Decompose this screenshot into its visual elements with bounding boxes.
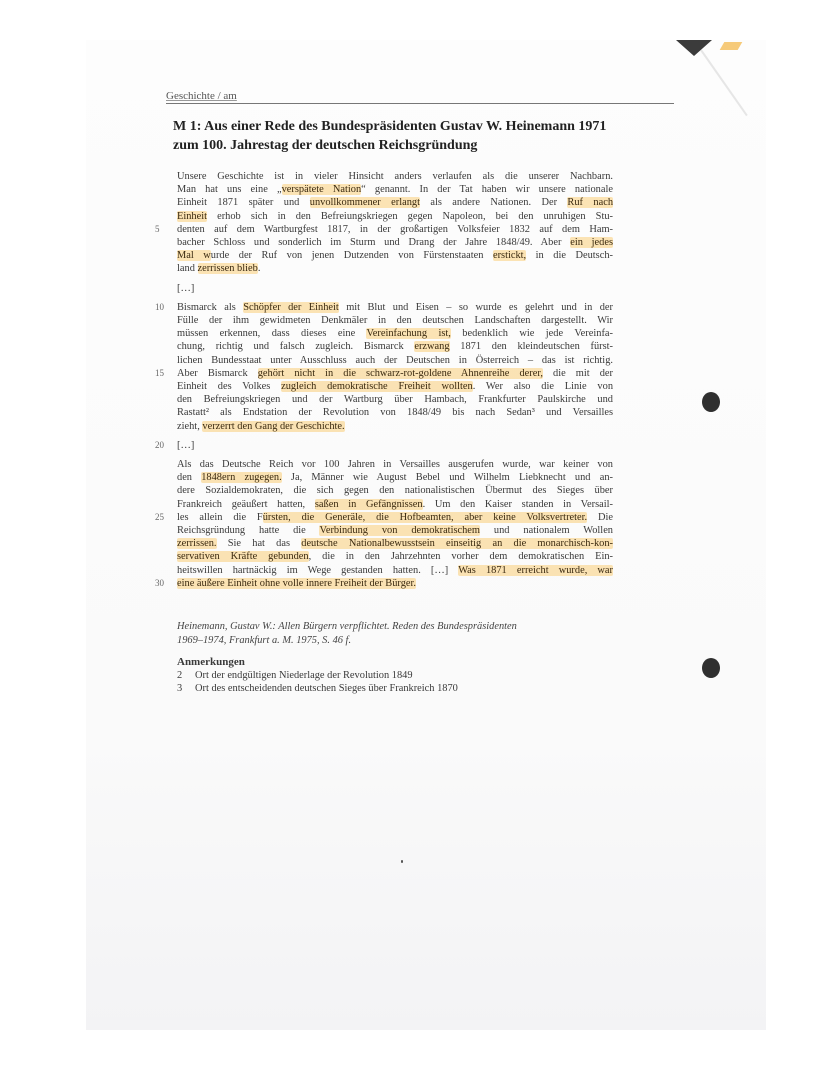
highlighted-phrase: Verbindung von demokratischem xyxy=(319,525,480,536)
text-segment: […] xyxy=(177,440,194,451)
text-line: land zerrissen blieb. xyxy=(177,262,613,275)
text-segment: den xyxy=(177,472,201,483)
document-title: M 1: Aus einer Rede des Bundespräsidente… xyxy=(173,117,683,155)
highlighted-phrase: erzwang xyxy=(414,341,449,352)
text-segment: dere Sozialdemokraten, die sich gegen de… xyxy=(177,485,613,496)
text-line: Unsere Geschichte ist in vieler Hinsicht… xyxy=(177,170,613,183)
text-segment: , die in den Jahrzehnten vorher dem demo… xyxy=(309,551,613,562)
highlighted-phrase: Schöpfer der Einheit xyxy=(243,302,339,313)
annotation-number: 2 xyxy=(177,669,195,682)
source-citation: Heinemann, Gustav W.: Allen Bürgern verp… xyxy=(177,620,617,647)
text-line: 10Bismarck als Schöpfer der Einheit mit … xyxy=(177,301,613,314)
highlighted-phrase: gehört nicht in die schwarz-rot-goldene … xyxy=(258,368,543,379)
text-line: […] xyxy=(177,282,613,295)
text-line: Einheit 1871 später und unvollkommener e… xyxy=(177,196,613,209)
text-segment: Einheit des Volkes xyxy=(177,381,281,392)
text-segment: […] xyxy=(177,283,194,294)
text-line: 20[…] xyxy=(177,439,613,452)
annotation-text: Ort des entscheidenden deutschen Sieges … xyxy=(195,682,458,695)
line-number: 15 xyxy=(155,367,164,380)
annotations-heading: Anmerkungen xyxy=(177,656,617,669)
text-line: Einheit des Volkes zugleich demokratisch… xyxy=(177,380,613,393)
text-line: Reichsgründung hatte die Verbindung von … xyxy=(177,524,613,537)
text-segment: Rastatt² als Endstation der Revolution v… xyxy=(177,407,613,418)
text-line: servativen Kräfte gebunden, die in den J… xyxy=(177,550,613,563)
text-segment: die mit der xyxy=(543,368,613,379)
highlighted-phrase: Vereinfachung ist, xyxy=(366,328,450,339)
text-line: zieht, verzerrt den Gang der Geschichte. xyxy=(177,420,613,433)
text-line: Fülle der ihm gewidmeten Denkmäler in de… xyxy=(177,314,613,327)
text-line: den Befreiungskriegen und der Wartburg ü… xyxy=(177,393,613,406)
line-number: 20 xyxy=(155,439,164,452)
line-number: 10 xyxy=(155,301,164,314)
text-segment: mit Blut und Eisen – so wurde es gelehrt… xyxy=(339,302,613,313)
speech-text: Unsere Geschichte ist in vieler Hinsicht… xyxy=(177,170,613,590)
text-segment: urde der Ruf von jenen Dutzenden von Für… xyxy=(211,250,493,261)
text-line: bacher Schloss und sonderlich im Sturm u… xyxy=(177,236,613,249)
text-line: müssen erkennen, dass dieses eine Verein… xyxy=(177,327,613,340)
highlighted-phrase: deutsche Nationalbewusstsein einseitig a… xyxy=(301,538,613,549)
highlighted-phrase: ein jedes xyxy=(570,237,613,248)
annotation-item: 3 Ort des entscheidenden deutschen Siege… xyxy=(177,682,617,695)
highlighted-phrase: verspätete Nation xyxy=(282,184,362,195)
highlighted-phrase: zerrissen. xyxy=(177,538,217,549)
highlighted-phrase: zugleich demokratische Freiheit wollten xyxy=(281,381,473,392)
text-segment: Man hat uns eine „ xyxy=(177,184,282,195)
page-header: Geschichte / am xyxy=(166,90,674,104)
highlighted-phrase: verzerrt den Gang der Geschichte. xyxy=(202,421,344,432)
text-line: den 1848ern zugegen. Ja, Männer wie Augu… xyxy=(177,471,613,484)
text-segment: Aber Bismarck xyxy=(177,368,258,379)
folded-corner xyxy=(676,40,712,56)
line-number: 5 xyxy=(155,223,160,236)
text-segment: den Befreiungskriegen und der Wartburg ü… xyxy=(177,394,613,405)
source-line-1: Heinemann, Gustav W.: Allen Bürgern verp… xyxy=(177,620,617,634)
text-line: dere Sozialdemokraten, die sich gegen de… xyxy=(177,484,613,497)
text-segment: land xyxy=(177,263,198,274)
highlighted-phrase: servativen Kräfte gebunden xyxy=(177,551,309,562)
text-segment: als andere Nationen. Der xyxy=(420,197,567,208)
text-line: Als das Deutsche Reich vor 100 Jahren in… xyxy=(177,458,613,471)
text-segment: Die xyxy=(587,512,613,523)
text-segment: Unsere Geschichte ist in vieler Hinsicht… xyxy=(177,171,613,182)
text-segment: in die Deutsch- xyxy=(526,250,613,261)
text-segment: müssen erkennen, dass dieses eine xyxy=(177,328,366,339)
text-segment: bedenklich wie jede Vereinfa- xyxy=(451,328,613,339)
text-segment: denten auf dem Wartburgfest 1817, in der… xyxy=(177,224,613,235)
text-segment: lichen Bundesstaat unter Ausschluss auch… xyxy=(177,355,613,366)
punch-hole-lower xyxy=(702,658,720,678)
text-line: Frankreich geäußert hatten, saßen in Gef… xyxy=(177,498,613,511)
text-segment: . Um den Kaiser standen in Versail- xyxy=(423,499,613,510)
highlighted-phrase: Ruf nach xyxy=(567,197,613,208)
text-line: heitswillen hartnäckig im Wege gestanden… xyxy=(177,564,613,577)
text-line: Einheit erhob sich in den Befreiungskrie… xyxy=(177,210,613,223)
text-segment: Einheit 1871 später und xyxy=(177,197,310,208)
text-line: Man hat uns eine „verspätete Nation“ gen… xyxy=(177,183,613,196)
title-line-2: zum 100. Jahrestag der deutschen Reichsg… xyxy=(173,136,683,155)
highlighted-phrase: Einheit xyxy=(177,211,207,222)
text-line: zerrissen. Sie hat das deutsche National… xyxy=(177,537,613,550)
text-line: chung, richtig und falsch zugleich. Bism… xyxy=(177,340,613,353)
text-segment: zieht, xyxy=(177,421,202,432)
title-line-1: M 1: Aus einer Rede des Bundespräsidente… xyxy=(173,117,683,136)
text-segment: Als das Deutsche Reich vor 100 Jahren in… xyxy=(177,459,613,470)
text-segment: . xyxy=(258,263,261,274)
annotation-number: 3 xyxy=(177,682,195,695)
highlighted-phrase: erstickt, xyxy=(493,250,526,261)
text-segment: les allein die F xyxy=(177,512,263,523)
text-segment: chung, richtig und falsch zugleich. Bism… xyxy=(177,341,414,352)
text-line: Rastatt² als Endstation der Revolution v… xyxy=(177,406,613,419)
text-line: lichen Bundesstaat unter Ausschluss auch… xyxy=(177,354,613,367)
text-segment: 1871 den kleindeutschen fürst- xyxy=(450,341,613,352)
text-segment: Bismarck als xyxy=(177,302,243,313)
text-segment: erhob sich in den Befreiungskriegen gege… xyxy=(207,211,613,222)
text-segment: Fülle der ihm gewidmeten Denkmäler in de… xyxy=(177,315,613,326)
highlighted-phrase: Was 1871 erreicht wurde, war xyxy=(458,565,613,576)
line-number: 30 xyxy=(155,577,164,590)
text-segment: Reichsgründung hatte die xyxy=(177,525,319,536)
highlighted-phrase: saßen in Gefängnissen xyxy=(315,499,423,510)
highlighted-phrase: zerrissen blieb xyxy=(198,263,258,274)
highlighted-phrase: 1848ern zugegen. xyxy=(201,472,281,483)
text-line: Mal wurde der Ruf von jenen Dutzenden vo… xyxy=(177,249,613,262)
text-segment: “ genannt. In der Tat haben wir unsere n… xyxy=(361,184,613,195)
source-line-2: 1969–1974, Frankfurt a. M. 1975, S. 46 f… xyxy=(177,634,617,648)
text-segment: Sie hat das xyxy=(217,538,302,549)
annotation-text: Ort der endgültigen Niederlage der Revol… xyxy=(195,669,413,682)
text-line: 5denten auf dem Wartburgfest 1817, in de… xyxy=(177,223,613,236)
annotations: Anmerkungen 2 Ort der endgültigen Nieder… xyxy=(177,656,617,695)
text-segment: . Wer also die Linie von xyxy=(473,381,613,392)
text-segment: und nationalem Wollen xyxy=(480,525,613,536)
highlighted-phrase: unvollkommener erlangt xyxy=(310,197,420,208)
punch-hole-upper xyxy=(702,392,720,412)
text-line: 15Aber Bismarck gehört nicht in die schw… xyxy=(177,367,613,380)
text-segment: Ja, Männer wie August Bebel und Wilhelm … xyxy=(282,472,613,483)
ink-speck xyxy=(401,860,403,863)
annotation-item: 2 Ort der endgültigen Niederlage der Rev… xyxy=(177,669,617,682)
highlighted-phrase: ürsten, die Generäle, die Hofbeamten, ab… xyxy=(263,512,587,523)
text-line: 25les allein die Fürsten, die Generäle, … xyxy=(177,511,613,524)
highlighted-phrase: eine äußere Einheit ohne volle innere Fr… xyxy=(177,578,416,589)
text-segment: heitswillen hartnäckig im Wege gestanden… xyxy=(177,565,458,576)
text-segment: bacher Schloss und sonderlich im Sturm u… xyxy=(177,237,570,248)
text-line: 30eine äußere Einheit ohne volle innere … xyxy=(177,577,613,590)
header-label: Geschichte / am xyxy=(166,90,237,102)
highlighted-phrase: Mal w xyxy=(177,250,211,261)
text-segment: Frankreich geäußert hatten, xyxy=(177,499,315,510)
line-number: 25 xyxy=(155,511,164,524)
